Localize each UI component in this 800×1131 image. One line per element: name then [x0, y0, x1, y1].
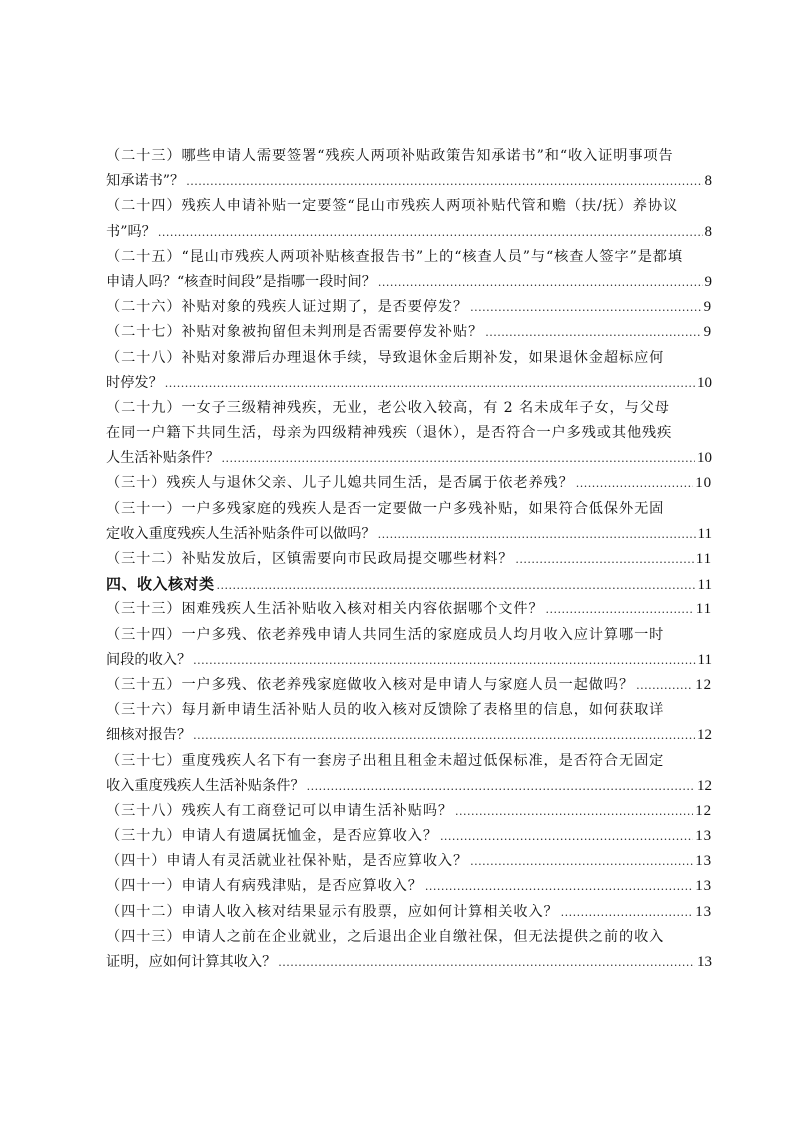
page-number: 10 [697, 446, 712, 471]
page-number: 11 [698, 648, 712, 673]
page-number: 10 [695, 471, 712, 496]
page-number: 11 [698, 573, 712, 598]
toc-entry-text: 在同一户籍下共同生活，母亲为四级精神残疾（退休），是否符合一户多残或其他残疾 [106, 421, 712, 446]
page-number: 9 [704, 295, 712, 320]
dot-leader [307, 774, 695, 799]
dot-leader [193, 648, 695, 673]
page-number: 11 [696, 597, 712, 622]
page-number: 8 [705, 220, 713, 245]
toc-entry-text: （四十）申请人有灵活就业社保补贴，是否应算收入？ [106, 849, 468, 874]
toc-entry-text: （二十六）补贴对象的残疾人证过期了，是否要停发？ [106, 295, 468, 320]
toc-entry-28[interactable]: （二十八）补贴对象滞后办理退休手续，导致退休金后期补发，如果退休金超标应何 时停… [106, 346, 712, 396]
dot-leader [576, 471, 693, 496]
toc-entry-36[interactable]: （三十六）每月新申请生活补贴人员的收入核对反馈除了表格里的信息，如何获取详 细核… [106, 698, 712, 748]
toc-entry-text: （三十六）每月新申请生活补贴人员的收入核对反馈除了表格里的信息，如何获取详 [106, 698, 712, 723]
toc-entry-text: （三十二）补贴发放后，区镇需要向市民政局提交哪些材料？ [106, 547, 513, 572]
toc-entry-41[interactable]: （四十一）申请人有病残津贴，是否应算收入？13 [106, 874, 712, 899]
toc-entry-text: 证明，应如何计算其收入？ [106, 950, 276, 975]
dot-leader [193, 723, 695, 748]
page-number: 10 [697, 371, 712, 396]
toc-entry-text: （三十五）一户多残、依老养残家庭做收入核对是申请人与家庭人员一起做吗？ [106, 673, 634, 698]
toc-entry-text: 收入重度残疾人生活补贴条件？ [106, 774, 305, 799]
toc-entry-text: 申请人吗？“核查时间段”是指哪一段时间？ [106, 270, 376, 295]
toc-entry-text: （二十八）补贴对象滞后办理退休手续，导致退休金后期补发，如果退休金超标应何 [106, 346, 712, 371]
toc-entry-23[interactable]: （二十三）哪些申请人需要签署“残疾人两项补贴政策告知承诺书”和“收入证明事项告 … [106, 144, 712, 194]
toc-entry-text: 人生活补贴条件？ [106, 446, 220, 471]
page-number: 9 [704, 320, 712, 345]
toc-entry-37[interactable]: （三十七）重度残疾人名下有一套房子出租且租金未超过低保标准，是否符合无固定 收入… [106, 749, 712, 799]
dot-leader [165, 371, 695, 396]
toc-entry-text: 细核对报告？ [106, 723, 191, 748]
dot-leader [561, 900, 694, 925]
toc-entry-text: 书”吗？ [106, 220, 156, 245]
page-number: 8 [705, 169, 713, 194]
toc-entry-text: （二十七）补贴对象被拘留但未判刑是否需要停发补贴？ [106, 320, 483, 345]
toc-entry-text: 定收入重度残疾人生活补贴条件可以做吗？ [106, 522, 376, 547]
toc-entry-text: （四十一）申请人有病残津贴，是否应算收入？ [106, 874, 423, 899]
toc-entry-text: 间段的收入？ [106, 648, 191, 673]
toc-entry-text: （三十三）困难残疾人生活补贴收入核对相关内容依据哪个文件？ [106, 597, 544, 622]
toc-entry-27[interactable]: （二十七）补贴对象被拘留但未判刑是否需要停发补贴？9 [106, 320, 712, 345]
page-number: 9 [705, 270, 713, 295]
toc-entry-32[interactable]: （三十二）补贴发放后，区镇需要向市民政局提交哪些材料？11 [106, 547, 712, 572]
toc-entry-30[interactable]: （三十）残疾人与退休父亲、儿子儿媳共同生活，是否属于依老养残？10 [106, 471, 712, 496]
toc-entry-29[interactable]: （二十九）一女子三级精神残疾，无业，老公收入较高，有 2 名未成年子女，与父母 … [106, 396, 712, 472]
dot-leader [636, 673, 693, 698]
toc-entry-text: （三十八）残疾人有工商登记可以申请生活补贴吗？ [106, 799, 453, 824]
toc-entry-text: （四十三）申请人之前在企业就业，之后退出企业自缴社保，但无法提供之前的收入 [106, 925, 712, 950]
dot-leader [378, 522, 696, 547]
dot-leader [425, 874, 693, 899]
toc-entry-31[interactable]: （三十一）一户多残家庭的残疾人是否一定要做一户多残补贴，如果符合低保外无固 定收… [106, 497, 712, 547]
toc-entry-33[interactable]: （三十三）困难残疾人生活补贴收入核对相关内容依据哪个文件？11 [106, 597, 712, 622]
dot-leader [217, 573, 696, 598]
toc-entry-text: 时停发？ [106, 371, 163, 396]
dot-leader [485, 320, 701, 345]
toc-entry-text: 知承诺书”？ [106, 169, 184, 194]
toc-entry-text: （三十四）一户多残、依老养残申请人共同生活的家庭成员人均月收入应计算哪一时 [106, 623, 712, 648]
toc-entry-39[interactable]: （三十九）申请人有遗属抚恤金，是否应算收入？13 [106, 824, 712, 849]
page-number: 11 [698, 522, 712, 547]
page-number: 13 [695, 900, 712, 925]
page-number: 13 [695, 849, 712, 874]
toc-entry-text: （二十四）残疾人申请补贴一定要签“昆山市残疾人两项补贴代管和赡（扶/抚）养协议 [106, 194, 712, 219]
page-number: 12 [697, 774, 712, 799]
toc-entry-text: （二十五）“昆山市残疾人两项补贴核查报告书”上的“核查人员”与“核查人签字”是都… [106, 245, 712, 270]
dot-leader [470, 295, 701, 320]
toc-entry-24[interactable]: （二十四）残疾人申请补贴一定要签“昆山市残疾人两项补贴代管和赡（扶/抚）养协议 … [106, 194, 712, 244]
section-title: 四、收入核对类 [106, 572, 215, 597]
toc-entry-34[interactable]: （三十四）一户多残、依老养残申请人共同生活的家庭成员人均月收入应计算哪一时 间段… [106, 623, 712, 673]
table-of-contents: （二十三）哪些申请人需要签署“残疾人两项补贴政策告知承诺书”和“收入证明事项告 … [106, 144, 712, 975]
page-number: 11 [696, 547, 712, 572]
toc-entry-text: （二十三）哪些申请人需要签署“残疾人两项补贴政策告知承诺书”和“收入证明事项告 [106, 144, 712, 169]
dot-leader [378, 270, 703, 295]
toc-entry-text: （三十九）申请人有遗属抚恤金，是否应算收入？ [106, 824, 438, 849]
toc-entry-42[interactable]: （四十二）申请人收入核对结果显示有股票，应如何计算相关收入？13 [106, 900, 712, 925]
toc-entry-26[interactable]: （二十六）补贴对象的残疾人证过期了，是否要停发？9 [106, 295, 712, 320]
toc-entry-35[interactable]: （三十五）一户多残、依老养残家庭做收入核对是申请人与家庭人员一起做吗？12 [106, 673, 712, 698]
dot-leader [158, 220, 703, 245]
toc-entry-text: （四十二）申请人收入核对结果显示有股票，应如何计算相关收入？ [106, 900, 559, 925]
dot-leader [546, 597, 694, 622]
dot-leader [278, 950, 695, 975]
dot-leader [470, 849, 693, 874]
toc-entry-25[interactable]: （二十五）“昆山市残疾人两项补贴核查报告书”上的“核查人员”与“核查人签字”是都… [106, 245, 712, 295]
dot-leader [440, 824, 693, 849]
dot-leader [222, 446, 695, 471]
toc-entry-43[interactable]: （四十三）申请人之前在企业就业，之后退出企业自缴社保，但无法提供之前的收入 证明… [106, 925, 712, 975]
page-number: 13 [695, 824, 712, 849]
dot-leader [515, 547, 693, 572]
dot-leader [186, 169, 702, 194]
page-number: 12 [697, 723, 712, 748]
dot-leader [455, 799, 693, 824]
toc-entry-text: （三十七）重度残疾人名下有一套房子出租且租金未超过低保标准，是否符合无固定 [106, 749, 712, 774]
toc-entry-text: （二十九）一女子三级精神残疾，无业，老公收入较高，有 2 名未成年子女，与父母 [106, 396, 712, 421]
toc-section-heading[interactable]: 四、收入核对类11 [106, 572, 712, 597]
page-number: 13 [697, 950, 712, 975]
toc-entry-38[interactable]: （三十八）残疾人有工商登记可以申请生活补贴吗？12 [106, 799, 712, 824]
toc-entry-text: （三十一）一户多残家庭的残疾人是否一定要做一户多残补贴，如果符合低保外无固 [106, 497, 712, 522]
page-number: 13 [695, 874, 712, 899]
page-number: 12 [695, 673, 712, 698]
toc-entry-text: （三十）残疾人与退休父亲、儿子儿媳共同生活，是否属于依老养残？ [106, 471, 574, 496]
toc-entry-40[interactable]: （四十）申请人有灵活就业社保补贴，是否应算收入？13 [106, 849, 712, 874]
page-number: 12 [695, 799, 712, 824]
